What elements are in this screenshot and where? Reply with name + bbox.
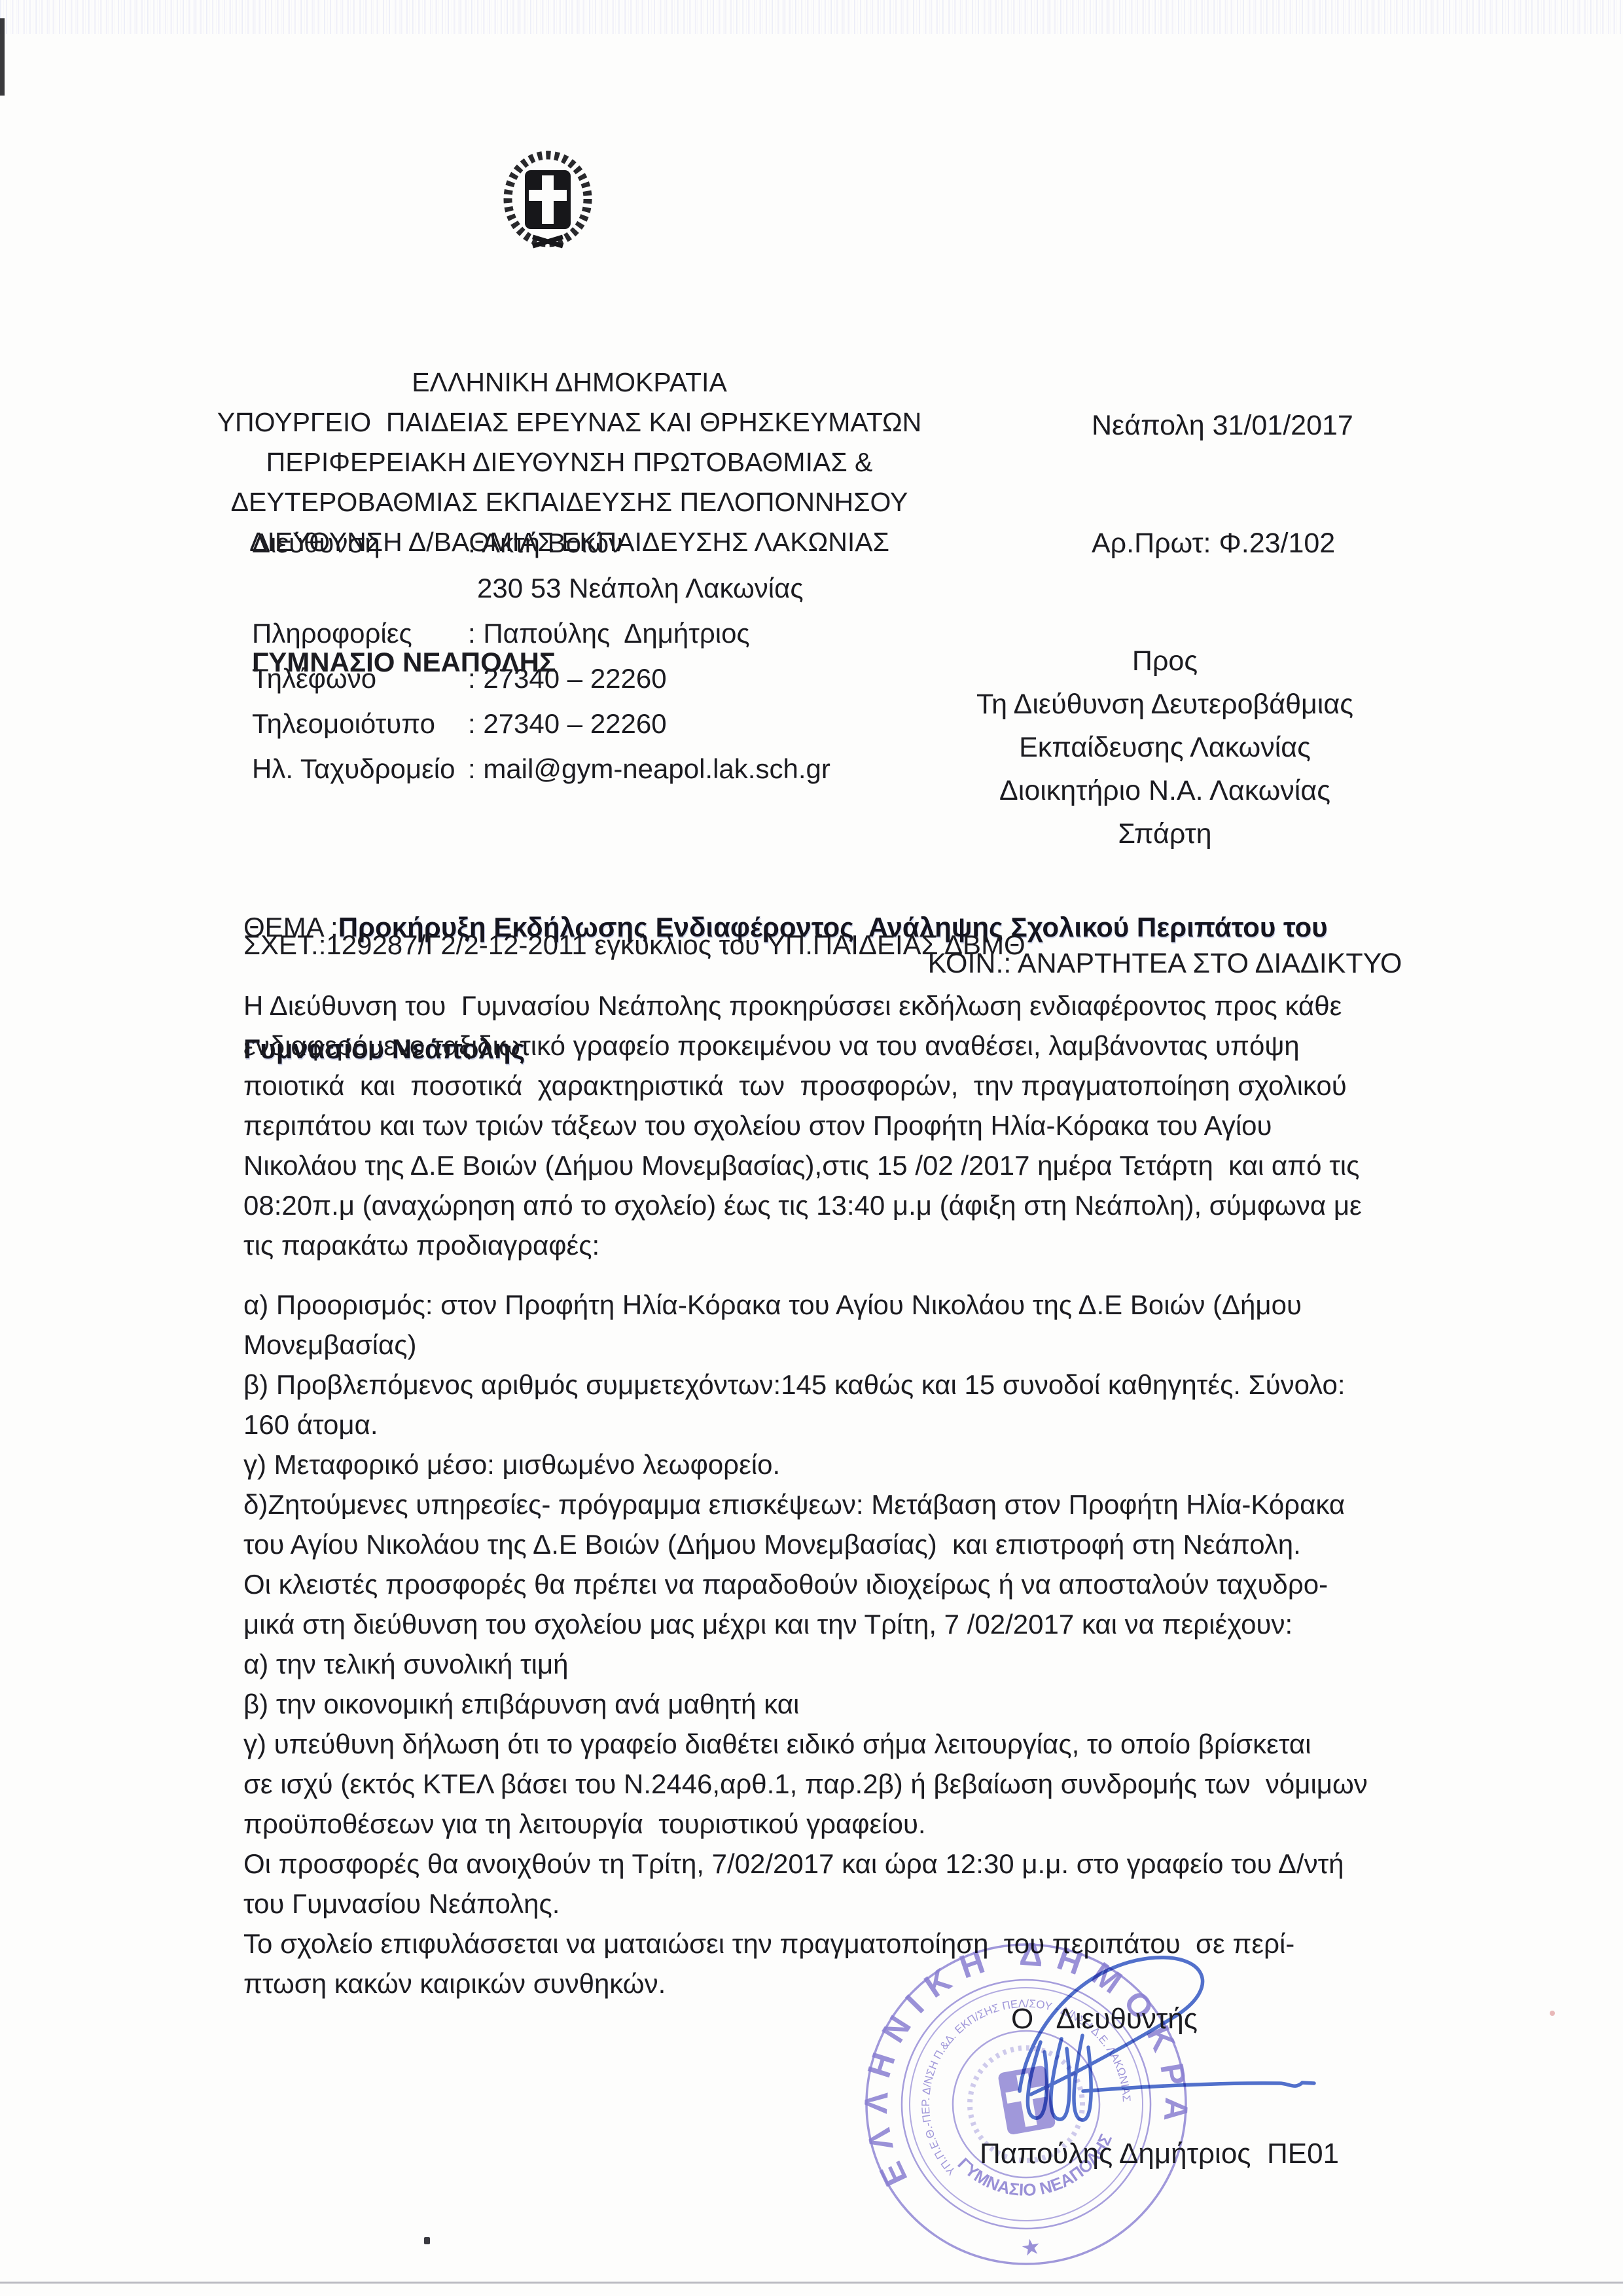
contact-value: 230 53 Νεάπολη Λακωνίας — [468, 573, 804, 604]
body-line: γ) υπεύθυνη δήλωση ότι το γραφείο διαθέτ… — [243, 1724, 1559, 1764]
body-line: Νικολάου της Δ.Ε Βοιών (Δήμου Μονεμβασία… — [243, 1145, 1559, 1185]
signatory-title: Ο Διευθυντής — [1011, 2003, 1198, 2036]
contact-value: : Ακτή Βοιών — [468, 528, 622, 559]
signatory-name: Παπούλης Δημήτριος ΠΕ01 — [980, 2138, 1339, 2170]
body-line: προϋποθέσεων για τη λειτουργία τουριστικ… — [243, 1804, 1559, 1844]
body-line: Η Διεύθυνση του Γυμνασίου Νεάπολης προκη… — [243, 986, 1559, 1026]
letterhead-line: ΥΠΟΥΡΓΕΙΟ ΠΑΙΔΕΙΑΣ ΕΡΕΥΝΑΣ ΚΑΙ ΘΡΗΣΚΕΥΜΑ… — [157, 403, 982, 442]
contact-label: Ηλ. Ταχυδρομείο — [252, 753, 468, 785]
scanned-letter-page: ΕΛΛΗΝΙΚΗ ΔΗΜΟΚΡΑΤΙΑΥΠΟΥΡΓΕΙΟ ΠΑΙΔΕΙΑΣ ΕΡ… — [0, 0, 1623, 2296]
letterhead-line: ΔΕΥΤΕΡΟΒΑΘΜΙΑΣ ΕΚΠΑΙΔΕΥΣΗΣ ΠΕΛΟΠΟΝΝΗΣΟΥ — [157, 482, 982, 522]
body-paragraph-1: Η Διεύθυνση του Γυμνασίου Νεάπολης προκη… — [243, 986, 1559, 1265]
scan-edge-strip — [0, 18, 5, 96]
contact-label: Τηλεομοιότυπο — [252, 708, 468, 740]
body-line: ποιοτικά και ποσοτικά χαρακτηριστικά των… — [243, 1066, 1559, 1105]
body-line: του Αγίου Νικολάου της Δ.Ε Βοιών (Δήμου … — [243, 1524, 1559, 1564]
recipient-line: Προς — [903, 639, 1427, 683]
recipient-line: Εκπαίδευσης Λακωνίας — [903, 726, 1427, 769]
body-line: του Γυμνασίου Νεάπολης. — [243, 1884, 1559, 1924]
director-signature-ink — [949, 1931, 1420, 2153]
body-line: Οι προσφορές θα ανοιχθούν τη Τρίτη, 7/02… — [243, 1844, 1559, 1884]
contact-label: Πληροφορίες — [252, 618, 468, 649]
body-line: 08:20π.μ (αναχώρηση από το σχολείο) έως … — [243, 1185, 1559, 1225]
body-line: σε ισχύ (εκτός ΚΤΕΛ βάσει του Ν.2446,αρθ… — [243, 1764, 1559, 1804]
scan-noise-band — [0, 0, 1623, 34]
body-line: τις παρακάτω προδιαγραφές: — [243, 1225, 1559, 1265]
body-line: Μονεμβασίας) — [243, 1325, 1559, 1365]
body-line: ενδιαφερόμενο ταξιδιωτικό γραφείο προκει… — [243, 1026, 1559, 1066]
body-line: δ)Ζητούμενες υπηρεσίες- πρόγραμμα επισκέ… — [243, 1484, 1559, 1524]
contact-value: : 27340 – 22260 — [468, 708, 667, 740]
body-line: α) Προορισμός: στον Προφήτη Ηλία-Κόρακα … — [243, 1285, 1559, 1325]
contact-value: : Παπούλης Δημήτριος — [468, 618, 750, 649]
scan-speck — [424, 2237, 430, 2244]
body-paragraphs-rest: α) Προορισμός: στον Προφήτη Ηλία-Κόρακα … — [243, 1285, 1559, 2003]
body-line: Οι κλειστές προσφορές θα πρέπει να παραδ… — [243, 1564, 1559, 1604]
letterhead-line: ΕΛΛΗΝΙΚΗ ΔΗΜΟΚΡΑΤΙΑ — [157, 363, 982, 403]
reference-line: ΣΧΕΤ.:129287/Γ2/2-12-2011 εγκύκλιος του … — [243, 929, 1559, 961]
date-line: Νεάπολη 31/01/2017 — [1092, 406, 1353, 445]
body-line: α) την τελική συνολική τιμή — [243, 1644, 1559, 1684]
body-line: περιπάτου και των τριών τάξεων του σχολε… — [243, 1105, 1559, 1145]
contact-value-email: : mail@gym-neapol.lak.sch.gr — [468, 753, 830, 785]
contact-value: : 27340 – 22260 — [468, 663, 667, 694]
body-line: β) Προβλεπόμενος αριθμός συμμετεχόντων:1… — [243, 1365, 1559, 1405]
scan-bottom-line — [0, 2282, 1623, 2284]
body-line: β) την οικονομική επιβάρυνση ανά μαθητή … — [243, 1684, 1559, 1724]
scan-speck-pink — [1550, 2011, 1555, 2016]
body-line: γ) Μεταφορικό μέσο: μισθωμένο λεωφορείο. — [243, 1444, 1559, 1484]
body-line: μικά στη διεύθυνση του σχολείου μας μέχρ… — [243, 1604, 1559, 1644]
contact-label: Τηλέφωνο — [252, 663, 468, 694]
recipient-line: Διοικητήριο Ν.Α. Λακωνίας — [903, 769, 1427, 812]
recipient-line: Τη Διεύθυνση Δευτεροβάθμιας — [903, 683, 1427, 726]
body-line: 160 άτομα. — [243, 1405, 1559, 1444]
greek-coat-of-arms-icon — [499, 144, 597, 254]
stamp-star: ★ — [1019, 2234, 1043, 2262]
letterhead-line: ΠΕΡΙΦΕΡΕΙΑΚΗ ΔΙΕΥΘΥΝΣΗ ΠΡΩΤΟΒΑΘΜΙΑΣ & — [157, 442, 982, 482]
contact-label: Διεύθυνση — [252, 528, 468, 559]
